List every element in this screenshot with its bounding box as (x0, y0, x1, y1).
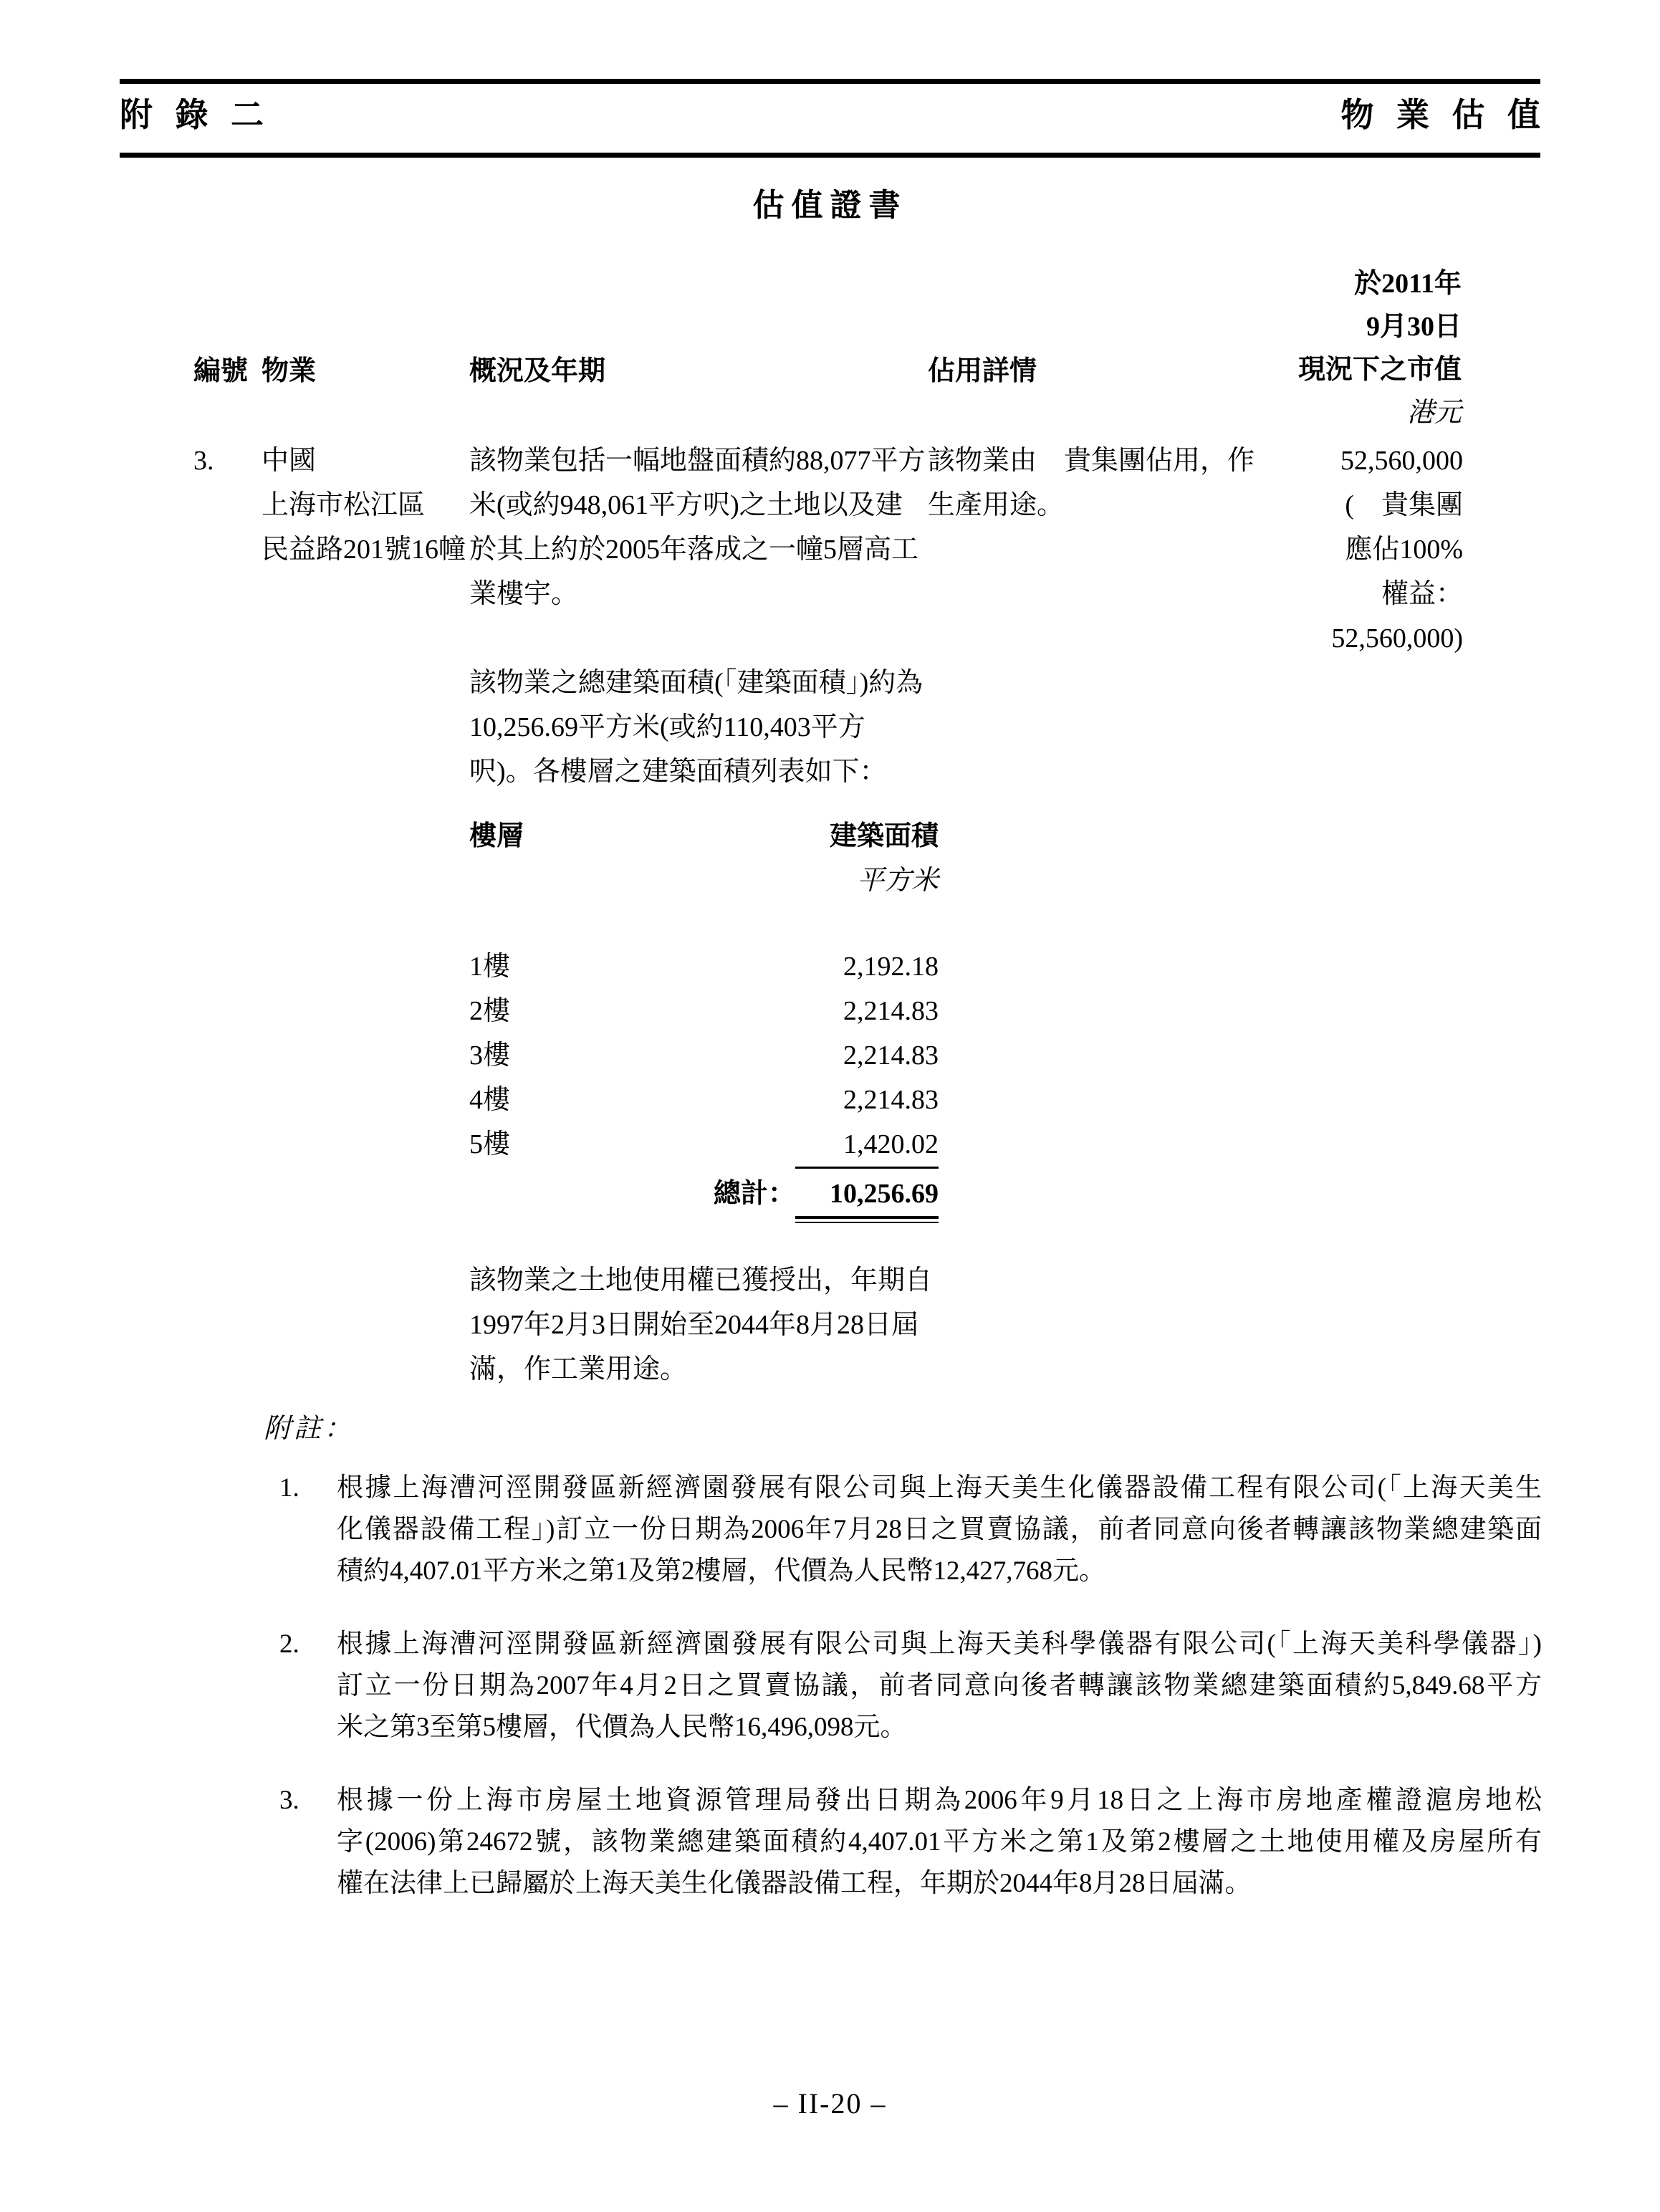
note-text: 根據上海漕河涇開發區新經濟園發展有限公司與上海天美科學儀器有限公司(「上海天美科… (337, 1624, 1542, 1748)
property-line: 上海市松江區 (262, 483, 466, 527)
description-line: 該物業包括一幅地盤面積約88,077平方 (469, 439, 939, 483)
note-line: 根據一份上海市房屋土地資源管理局發出日期為2006年9月18日之上海市房地產權證… (337, 1780, 1542, 1821)
page-number: – II-20 – (0, 2087, 1660, 2120)
gfa-column-label: 建築面積 (830, 814, 939, 858)
currency-label: 港元 (1175, 391, 1462, 434)
floor-area-table: 樓層 建築面積 平方米 1樓 2,192.18 2樓 2,214.83 3樓 2… (469, 814, 939, 1219)
floor-gfa-value: 2,192.18 (795, 944, 939, 989)
description-paragraph-2: 該物業之總建築面積(「建築面積」)約為 10,256.69平方米(或約110,4… (469, 661, 939, 794)
description-line: 於其上約於2005年落成之一幢5層高工 (469, 527, 939, 572)
floor-label: 1樓 (469, 944, 510, 989)
note-line: 化儀器設備工程」)訂立一份日期為2006年7月28日之買賣協議，前者同意向後者轉… (337, 1509, 1542, 1551)
market-value-line: 應佔100% (1175, 527, 1463, 572)
header-top-rule (120, 79, 1540, 84)
total-gfa-value: 10,256.69 (795, 1172, 939, 1219)
floor-label: 2樓 (469, 989, 510, 1033)
description-line: 該物業之土地使用權已獲授出，年期自 (469, 1258, 939, 1303)
column-header-property: 物業 (262, 348, 316, 388)
column-header-description: 概況及年期 (469, 348, 605, 388)
note-number: 2. (279, 1624, 337, 1748)
section-label: 物 業 估 值 (1341, 89, 1548, 136)
note-line: 積約4,407.01平方米之第1及第2樓層，代價為人民幣12,427,768元。 (337, 1551, 1542, 1592)
column-header-no: 編號 (193, 348, 248, 388)
description-line: 1997年2月3日開始至2044年8月28日屆 (469, 1303, 939, 1347)
description-and-tenure: 該物業包括一幅地盤面積約88,077平方 米(或約948,061平方呎)之土地以… (469, 439, 939, 1392)
floor-label: 5樓 (469, 1122, 510, 1169)
description-line: 呎)。各樓層之建築面積列表如下： (469, 750, 939, 794)
table-row: 2樓 2,214.83 (469, 989, 939, 1033)
note-line: 米之第3至第5樓層，代價為人民幣16,496,098元。 (337, 1707, 1542, 1748)
value-column-label: 現況下之市值 (1175, 348, 1462, 391)
list-item: 1. 根據上海漕河涇開發區新經濟園發展有限公司與上海天美生化儀器設備工程有限公司… (279, 1468, 1542, 1592)
notes-list: 1. 根據上海漕河涇開發區新經濟園發展有限公司與上海天美生化儀器設備工程有限公司… (279, 1468, 1542, 1936)
header-bottom-rule (120, 153, 1540, 158)
floor-table-total-row: 總計： 10,256.69 (469, 1172, 939, 1219)
note-line: 根據上海漕河涇開發區新經濟園發展有限公司與上海天美生化儀器設備工程有限公司(「上… (337, 1468, 1542, 1509)
value-date-line2: 9月30日 (1175, 305, 1462, 348)
description-paragraph-1: 該物業包括一幅地盤面積約88,077平方 米(或約948,061平方呎)之土地以… (469, 439, 939, 616)
floor-gfa-value: 2,214.83 (795, 1033, 939, 1078)
description-line: 米(或約948,061平方呎)之土地以及建 (469, 483, 939, 527)
note-line: 訂立一份日期為2007年4月2日之買賣協議，前者同意向後者轉讓該物業總建築面積約… (337, 1665, 1542, 1707)
table-row: 4樓 2,214.83 (469, 1078, 939, 1122)
market-value-line: 52,560,000) (1175, 616, 1463, 661)
floor-table-header: 樓層 建築面積 (469, 814, 939, 858)
note-line: 字(2006)第24672號，該物業總建築面積約4,407.01平方米之第1及第… (337, 1821, 1542, 1863)
total-label: 總計： (714, 1172, 795, 1219)
table-row: 1樓 2,192.18 (469, 944, 939, 989)
page-title: 估值證書 (0, 179, 1660, 225)
list-item: 2. 根據上海漕河涇開發區新經濟園發展有限公司與上海天美科學儀器有限公司(「上海… (279, 1624, 1542, 1748)
notes-heading: 附註： (264, 1406, 354, 1445)
floor-gfa-value: 1,420.02 (795, 1122, 939, 1169)
floor-label: 3樓 (469, 1033, 510, 1078)
description-line: 10,256.69平方米(或約110,403平方 (469, 705, 939, 750)
note-number: 1. (279, 1468, 337, 1592)
description-line: 該物業之總建築面積(「建築面積」)約為 (469, 661, 939, 705)
floor-gfa-value: 2,214.83 (795, 1078, 939, 1122)
property-line: 民益路201號16幢 (262, 527, 466, 572)
market-value-cell: 52,560,000 ( 貴集團 應佔100% 權益： 52,560,000) (1175, 439, 1463, 661)
list-item: 3. 根據一份上海市房屋土地資源管理局發出日期為2006年9月18日之上海市房地… (279, 1780, 1542, 1905)
gfa-unit-label: 平方米 (469, 858, 939, 903)
property-address: 中國 上海市松江區 民益路201號16幢 (262, 439, 466, 572)
row-number: 3. (193, 439, 258, 483)
description-line: 滿，作工業用途。 (469, 1347, 939, 1392)
table-row: 5樓 1,420.02 (469, 1122, 939, 1169)
market-value-line: 52,560,000 (1175, 439, 1463, 483)
property-line: 中國 (262, 439, 466, 483)
table-row: 3樓 2,214.83 (469, 1033, 939, 1078)
appendix-label: 附 錄 二 (120, 89, 271, 136)
floor-column-label: 樓層 (469, 814, 524, 858)
description-paragraph-3: 該物業之土地使用權已獲授出，年期自 1997年2月3日開始至2044年8月28日… (469, 1258, 939, 1392)
floor-table-body: 1樓 2,192.18 2樓 2,214.83 3樓 2,214.83 4樓 2… (469, 944, 939, 1219)
market-value-line: ( 貴集團 (1175, 483, 1463, 527)
floor-gfa-value: 2,214.83 (795, 989, 939, 1033)
value-column-header: 於2011年 9月30日 現況下之市值 港元 (1175, 262, 1462, 434)
note-line: 權在法律上已歸屬於上海天美生化儀器設備工程，年期於2044年8月28日屆滿。 (337, 1863, 1542, 1905)
description-line: 業樓宇。 (469, 572, 939, 616)
value-date-line1: 於2011年 (1175, 262, 1462, 305)
note-text: 根據一份上海市房屋土地資源管理局發出日期為2006年9月18日之上海市房地產權證… (337, 1780, 1542, 1905)
column-header-occupancy: 佔用詳情 (928, 348, 1037, 388)
note-text: 根據上海漕河涇開發區新經濟園發展有限公司與上海天美生化儀器設備工程有限公司(「上… (337, 1468, 1542, 1592)
valuation-certificate-page: 附 錄 二 物 業 估 值 估值證書 於2011年 9月30日 現況下之市值 港… (0, 0, 1660, 2212)
note-line: 根據上海漕河涇開發區新經濟園發展有限公司與上海天美科學儀器有限公司(「上海天美科… (337, 1624, 1542, 1665)
market-value-line: 權益： (1175, 572, 1463, 616)
note-number: 3. (279, 1780, 337, 1905)
floor-label: 4樓 (469, 1078, 510, 1122)
